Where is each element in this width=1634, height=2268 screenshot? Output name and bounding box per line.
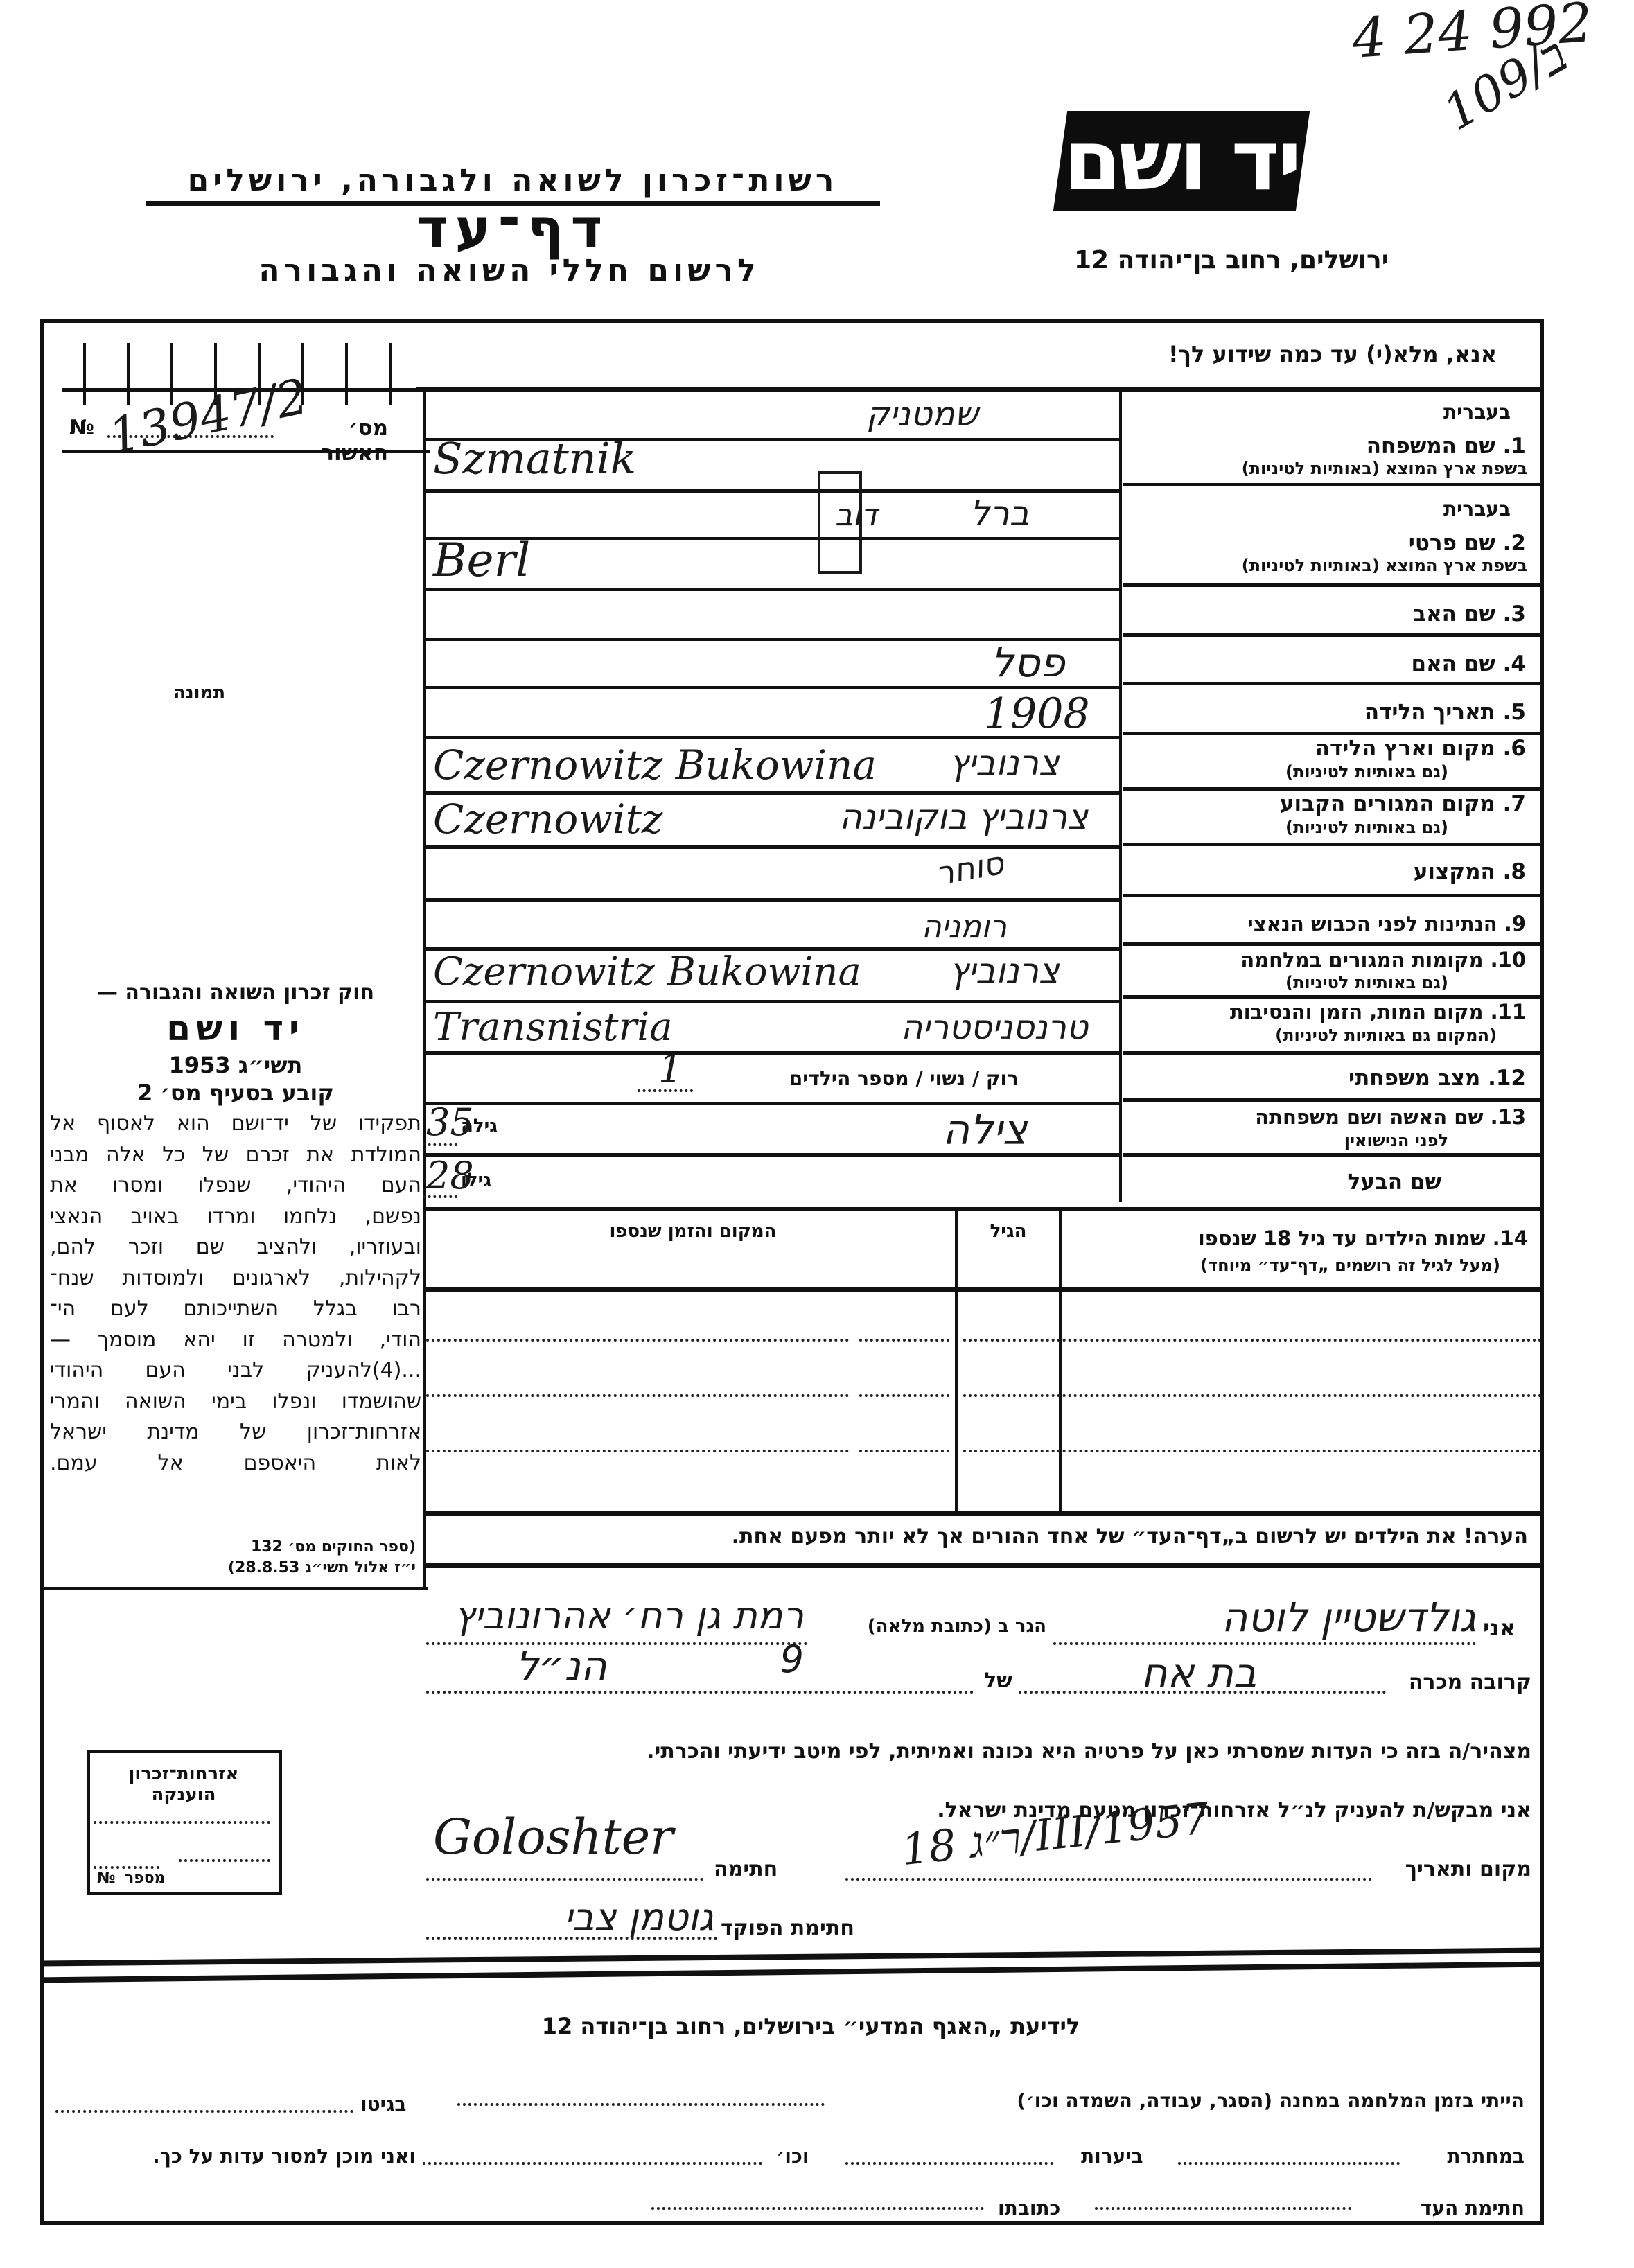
row-line (426, 1394, 849, 1397)
field-label: 8. המקצוע (1206, 859, 1526, 884)
official-signature-label: חתימת הפוקד (721, 1916, 854, 1940)
field-label: 4. שם האם (1206, 651, 1526, 676)
citizenship-line (94, 1866, 159, 1869)
official-signature-value[interactable]: גוטמן צבי (388, 1895, 714, 1939)
death-place-hebrew[interactable]: טרנסניסטריה (728, 1008, 1088, 1047)
children-count-value[interactable]: 1 (658, 1046, 683, 1091)
row-line (426, 898, 1119, 902)
citizenship-no-symbol: № (97, 1870, 115, 1887)
children-header-note: (מעל לגיל זה רושמים „דף־עד״ מיוחד) (1071, 1256, 1500, 1275)
left-panel-border (423, 388, 426, 1587)
status-options[interactable]: רוק / נשוי / מספר הילדים (693, 1067, 1019, 1090)
relation-label: קרובה מכרה (1393, 1670, 1531, 1694)
row-line (1123, 995, 1544, 999)
tick (345, 343, 348, 405)
citizenship-line (94, 1821, 270, 1824)
address: ירושלים, רחוב בן־יהודה 12 (1074, 246, 1389, 274)
field-label: 7. מקום המגורים הקבוע (1206, 791, 1526, 816)
row-line (426, 1450, 849, 1452)
nationality-value[interactable]: רומניה (922, 909, 1007, 944)
footer-line2-b: ביערות (1081, 2145, 1143, 2168)
residence-hebrew[interactable]: צרנוביץ בוקובינה (728, 797, 1088, 837)
field-label: 6. מקום וארץ הלידה (1206, 736, 1526, 761)
citizenship-number-label: מספר (125, 1870, 166, 1887)
footer-line2-a: במחתרת (1407, 2145, 1525, 2168)
field-sublabel: (גם באותיות לטיניות) (1123, 973, 1448, 992)
bottom-rule (40, 2221, 1544, 2225)
relation-value[interactable]: בת אח (1053, 1649, 1344, 1696)
row-line (1123, 894, 1544, 897)
of-line (426, 1691, 974, 1694)
photo-label: תמונה (173, 683, 225, 703)
footer-line1-b: בגיטו (360, 2093, 406, 2116)
row-line (1123, 682, 1544, 685)
law-source-2: י״ז אלול תשי״ג 28.8.53) (55, 1559, 416, 1576)
birth-place-latin[interactable]: Czernowitz Bukowina (433, 741, 877, 789)
footer-line2-d: ואני מוכן למסור עדות על כך. (55, 2145, 416, 2168)
footer-line3-a: חתימת העד (1365, 2197, 1525, 2219)
law-year: תשי״ג 1953 (55, 1052, 416, 1078)
field-label: 9. הנתינות לפני הכבוש הנאצי (1136, 912, 1526, 935)
footer-line2-c: וכו׳ (776, 2145, 809, 2168)
statement: מצהיר/ה בזה כי העדות שמסרתי כאן על פרטיה… (430, 1739, 1531, 1764)
residence-latin[interactable]: Czernowitz (433, 795, 662, 843)
field-sublabel: לפני הנישואין (1123, 1131, 1448, 1150)
authority-title: רשות־זכרון לשואה ולגבורה, ירושלים (146, 163, 880, 198)
form-title: דף־עד (374, 197, 651, 260)
divider (426, 1563, 1544, 1568)
row-line (859, 1450, 949, 1452)
row-line (1123, 633, 1544, 637)
row-line (1123, 843, 1544, 846)
witness-signature-line (1095, 2207, 1351, 2210)
address-line (651, 2207, 984, 2210)
divider (62, 450, 430, 453)
note: הערה! את הילדים יש לרשום ב„דף־העד״ של אח… (430, 1524, 1528, 1549)
hebrew-tag: בעברית (1303, 401, 1511, 423)
row-line (1123, 787, 1544, 791)
divider (426, 1287, 1544, 1292)
children-header-place: המקום והזמן שנספו (430, 1221, 956, 1242)
row-line (426, 1000, 1119, 1003)
citizenship-line (179, 1859, 270, 1862)
citizenship-title: אזרחות־זכרון הוענקה (94, 1764, 274, 1805)
row-line (426, 588, 1119, 591)
row-line (963, 1450, 1542, 1452)
yad-vashem-logo: יד ושם (1053, 111, 1310, 211)
row-line (426, 845, 1119, 849)
row-line (426, 1207, 1544, 1211)
forests-line (845, 2162, 1053, 2165)
row-line (426, 1339, 849, 1342)
row-line (859, 1339, 949, 1342)
birth-place-hebrew[interactable]: צרנוביץ (949, 743, 1060, 783)
law-body: תפקידו של יד־ושם הוא לאסוף אל המולדת את … (50, 1109, 421, 1479)
field-sublabel: (המקום גם באותיות לטיניות) (1123, 1026, 1497, 1045)
row-line (426, 1102, 1119, 1105)
field-label: 11. מקום המות, הזמן והנסיבות (1136, 1000, 1526, 1023)
of-value[interactable]: הנ״ל (450, 1642, 672, 1689)
field-label: 3. שם האב (1206, 601, 1526, 626)
place-date-line (845, 1878, 1372, 1881)
witness-name-line (1053, 1642, 1476, 1645)
wife-age-value[interactable]: 35 (426, 1100, 474, 1144)
form-subtitle: לרשום חללי השואה והגבורה (222, 253, 797, 288)
row-line (1123, 583, 1544, 587)
hebrew-tag: בעברית (1303, 498, 1511, 520)
row-line (426, 791, 1119, 795)
footer-notice: לידיעת „האגף המדעי״ בירושלים, רחוב בן־יה… (450, 2013, 1171, 2039)
field-label: 2. שם פרטי (1206, 531, 1526, 556)
divider (40, 1587, 428, 1590)
birth-date-value[interactable]: 1908 (984, 689, 1090, 738)
field-label: שם הבעל (1233, 1170, 1441, 1195)
field-label: 5. תאריך הלידה (1206, 700, 1526, 725)
row-line (1123, 1153, 1544, 1157)
row-line (426, 1051, 1119, 1055)
tick (389, 343, 392, 405)
field-sublabel: (גם באותיות לטיניות) (1123, 818, 1448, 837)
row-line (1123, 942, 1544, 946)
first-name-hebrew[interactable]: ברל (970, 493, 1030, 534)
husband-age-value[interactable]: 28 (426, 1154, 474, 1197)
death-place-latin[interactable]: Transnistria (433, 1005, 673, 1050)
row-line (1123, 1051, 1544, 1055)
mother-name-value[interactable]: פסל (991, 639, 1065, 686)
field-label: 10. מקומות המגורים במלחמה (1136, 948, 1526, 972)
signature-value[interactable]: Goloshter (433, 1809, 674, 1865)
row-line (963, 1339, 1542, 1342)
children-header-name: 14. שמות הילדים עד גיל 18 שנספו (1071, 1227, 1528, 1250)
field-sublabel: (גם באותיות לטיניות) (1123, 762, 1448, 782)
etc-line (423, 2162, 762, 2165)
field-sublabel: בשפת ארץ המוצא (באותיות לטיניות) (1123, 556, 1527, 575)
field-label: 13. שם האשה ושם משפחתה (1136, 1105, 1526, 1129)
residing-label: הגר ב (כתובת מלאה) (818, 1616, 1046, 1637)
row-line (1123, 483, 1544, 486)
instruction: אנא, מלא(י) עד כמה שידוע לך! (1109, 341, 1497, 367)
wife-name-value[interactable]: צילה (942, 1106, 1027, 1154)
column-divider (955, 1211, 958, 1511)
family-name-latin[interactable]: Szmatnik (433, 433, 636, 484)
row-line (859, 1394, 949, 1397)
camp-line (457, 2103, 825, 2106)
row-line (1123, 1098, 1544, 1102)
footer-line1-a: הייתי בזמן המלחמה במחנה (הסגר, עבודה, הש… (832, 2089, 1525, 2112)
divider (426, 1511, 1544, 1516)
first-name-latin[interactable]: Berl (433, 534, 530, 587)
place-date-label: מקום ותאריך (1379, 1857, 1531, 1881)
field-sublabel: בשפת ארץ המוצא (באותיות לטיניות) (1123, 459, 1527, 478)
signature-label: חתימה (714, 1857, 778, 1881)
underground-line (1178, 2162, 1400, 2165)
column-divider (1059, 1211, 1062, 1511)
family-name-hebrew[interactable]: שמטניק (866, 395, 978, 434)
law-name: יד ושם (55, 1008, 416, 1048)
row-line (426, 489, 1119, 493)
row-line (963, 1394, 1542, 1397)
field-label: 12. מצב משפחתי (1206, 1066, 1526, 1091)
wartime-residence-hebrew[interactable]: צרנוביץ (949, 951, 1060, 991)
field-label: 1. שם המשפחה (1206, 434, 1526, 459)
divider (416, 387, 1544, 392)
first-name-hebrew-bracketed[interactable]: דוב (835, 498, 877, 533)
column-divider (1119, 392, 1122, 1202)
ghetto-line (55, 2110, 353, 2113)
tick (83, 343, 86, 405)
wartime-residence-latin[interactable]: Czernowitz Bukowina (433, 949, 861, 994)
of-label: של (984, 1669, 1012, 1693)
law-clause: קובע בסעיף מס׳ 2 (55, 1080, 416, 1106)
tick (127, 343, 130, 405)
witness-name[interactable]: גולדשטיין לוטה (1060, 1594, 1476, 1641)
law-source-1: (ספר החוקים מס׳ 132 (55, 1538, 416, 1556)
footer-line3-b: כתובתו (998, 2197, 1060, 2219)
logo-text: יד ושם (1064, 113, 1299, 209)
law-heading: חוק זכרון השואה והגבורה — (55, 981, 416, 1005)
row-line (1123, 732, 1544, 735)
i-label: אני (1483, 1615, 1516, 1641)
approval-no-symbol: № (69, 416, 94, 440)
children-header-age: הגיל (960, 1221, 1057, 1242)
signature-line (426, 1878, 703, 1881)
